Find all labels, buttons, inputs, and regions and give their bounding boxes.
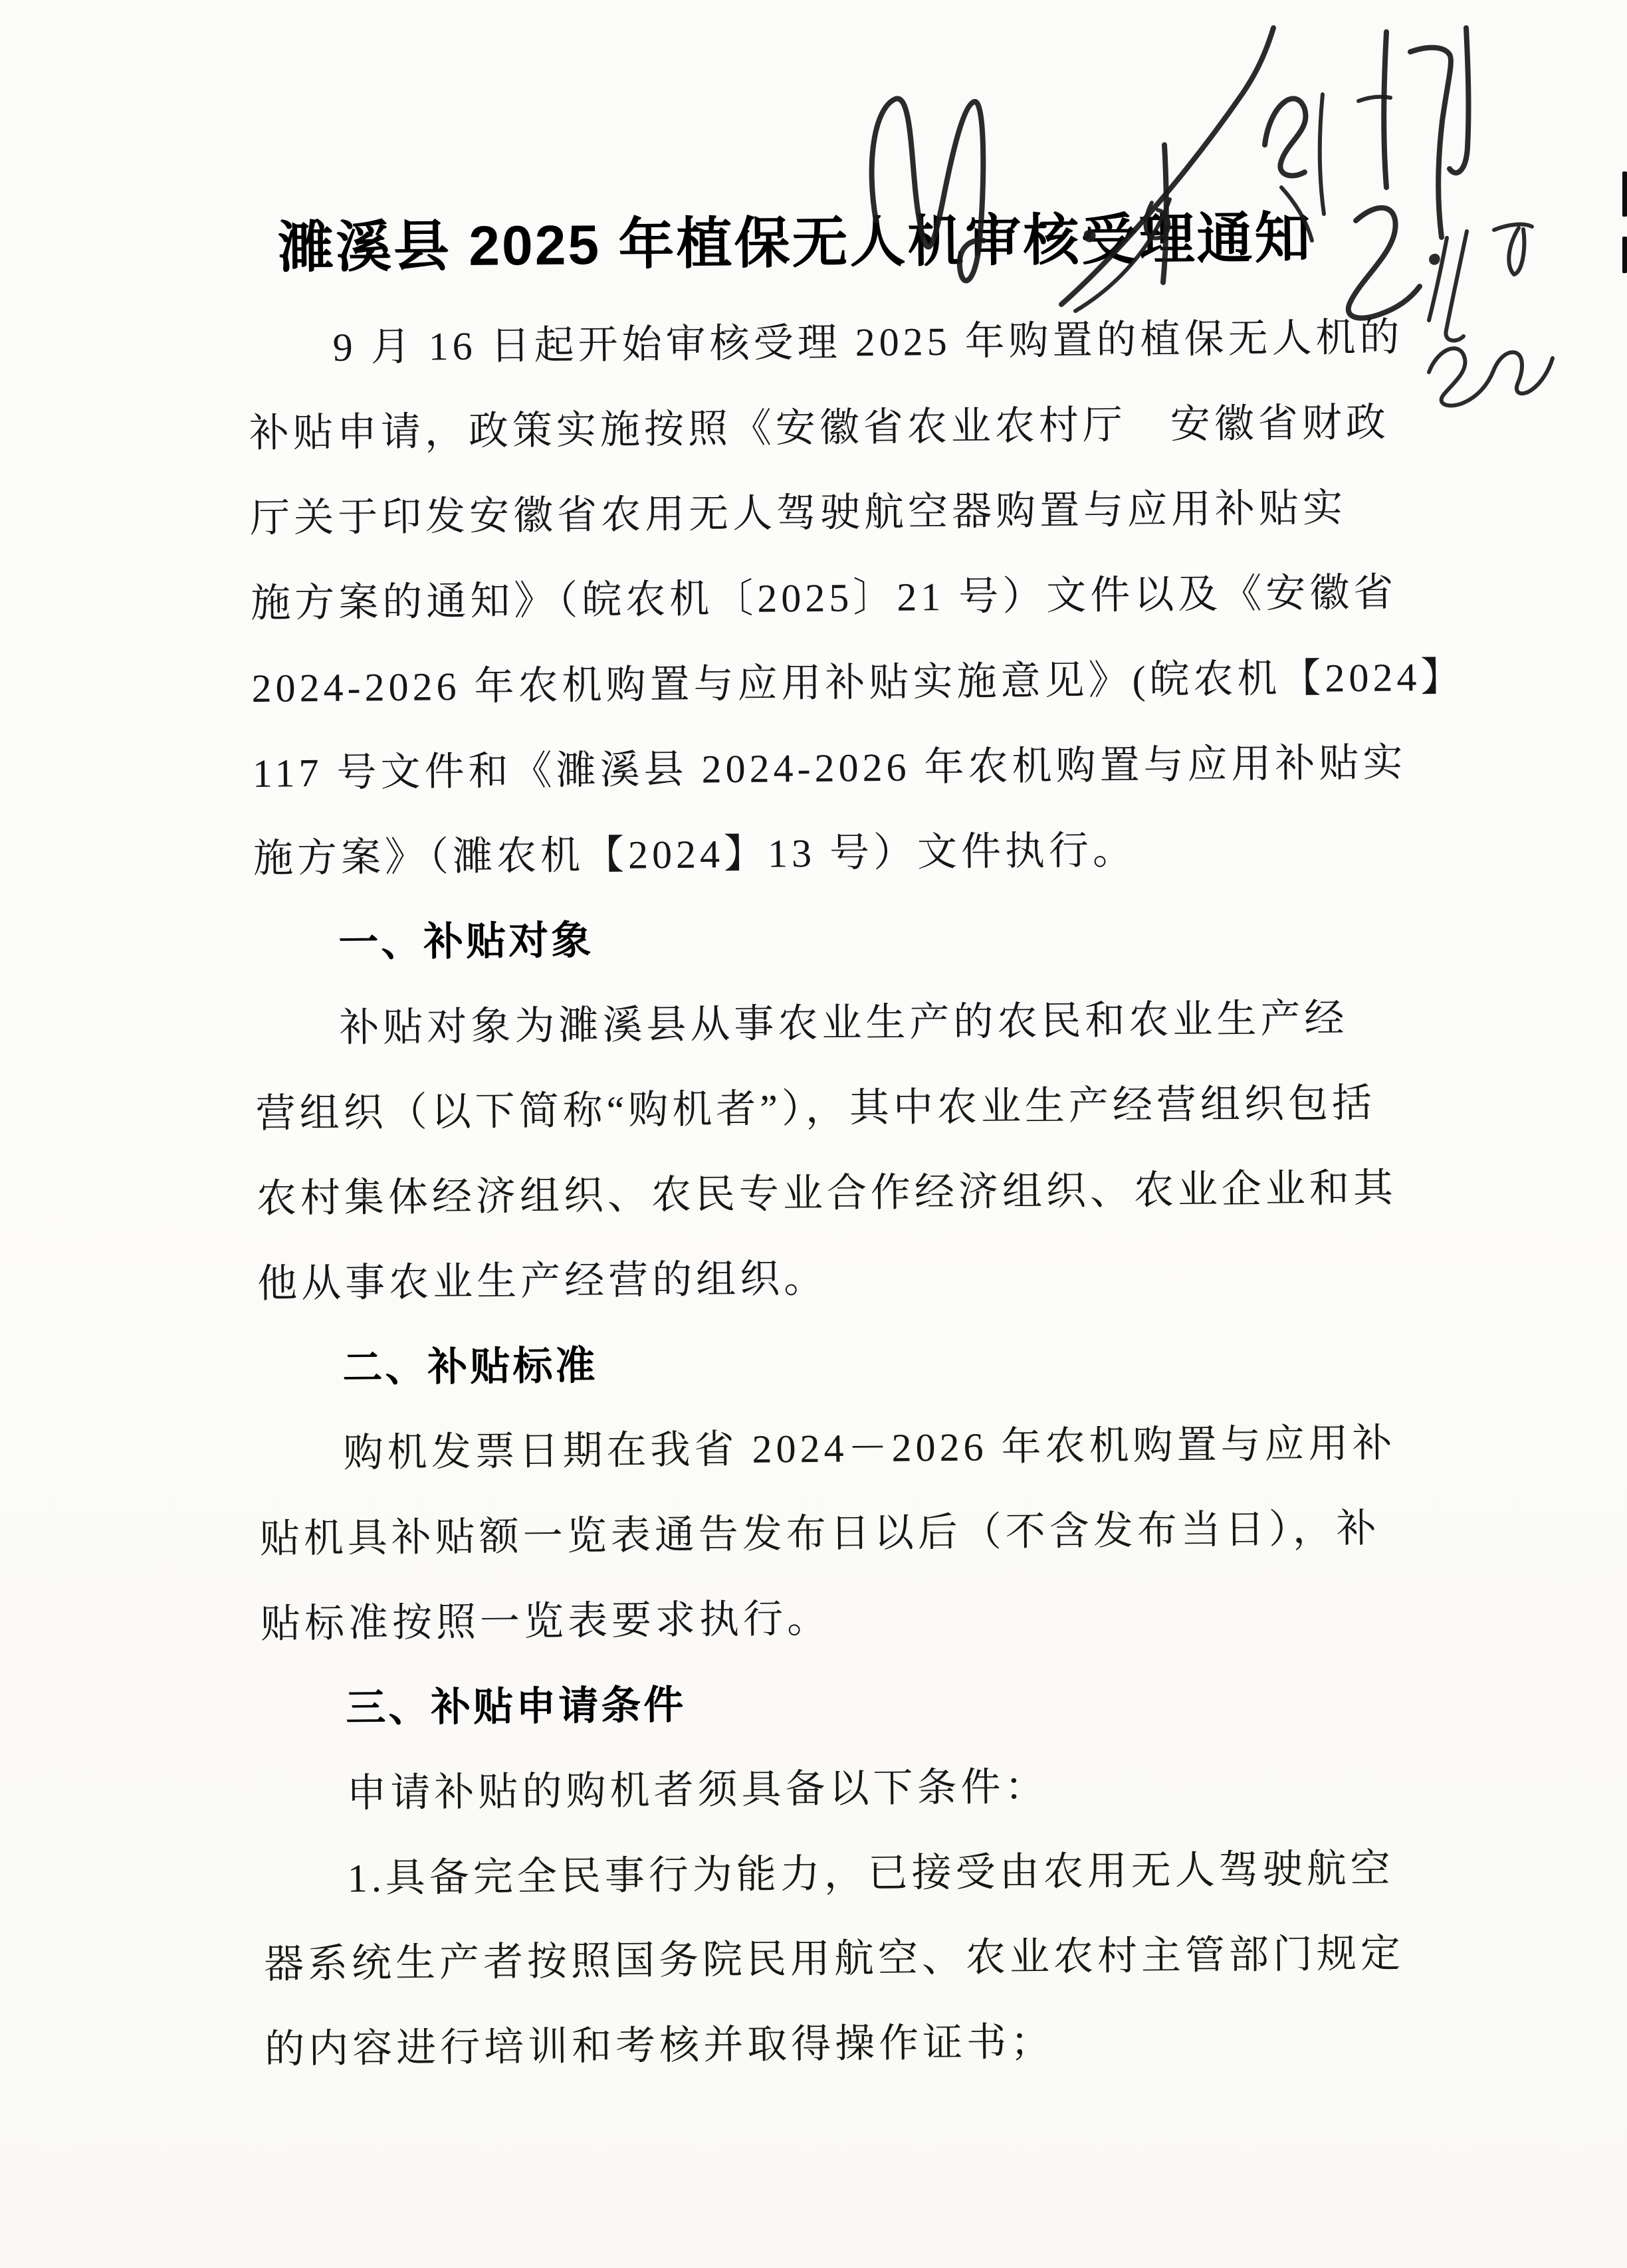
document-line-8: 一、补贴对象 bbox=[254, 890, 1384, 986]
document-line-1: 9 月 16 日起开始审核受理 2025 年购置的植保无人机的 bbox=[248, 295, 1378, 391]
document-line-21: 的内容进行培训和考核并取得操作证书； bbox=[265, 1996, 1395, 2092]
document-line-13: 二、补贴标准 bbox=[258, 1316, 1388, 1411]
document-line-20: 器系统生产者按照国务院民用航空、农业农村主管部门规定 bbox=[263, 1911, 1394, 2007]
document-line-7: 施方案》（濉农机【2024】13 号）文件执行。 bbox=[253, 805, 1383, 901]
document-line-10: 营组织（以下简称“购机者”），其中农业生产经营组织包括 bbox=[255, 1061, 1386, 1156]
document-line-4: 施方案的通知》（皖农机〔2025〕21 号）文件以及《安徽省 bbox=[251, 550, 1381, 646]
document-line-9: 补贴对象为濉溪县从事农业生产的农民和农业生产经 bbox=[255, 976, 1385, 1071]
document-content: 濉溪县 2025 年植保无人机审核受理通知 9 月 16 日起开始审核受理 20… bbox=[0, 0, 1616, 8]
document-page: 濉溪县 2025 年植保无人机审核受理通知 9 月 16 日起开始审核受理 20… bbox=[0, 0, 1627, 2268]
document-line-16: 贴标准按照一览表要求执行。 bbox=[260, 1571, 1390, 1667]
document-line-6: 117 号文件和《濉溪县 2024-2026 年农机购置与应用补贴实 bbox=[252, 720, 1382, 816]
document-line-15: 贴机具补贴额一览表通告发布日以后（不含发布当日），补 bbox=[259, 1486, 1390, 1582]
scan-artifact bbox=[1622, 171, 1627, 217]
scan-artifact bbox=[1622, 237, 1627, 273]
document-line-5: 2024-2026 年农机购置与应用补贴实施意见》(皖农机【2024】 bbox=[251, 635, 1382, 731]
document-line-17: 三、补贴申请条件 bbox=[261, 1656, 1392, 1752]
document-line-11: 农村集体经济组织、农民专业合作经济组织、农业企业和其 bbox=[256, 1146, 1386, 1241]
document-line-12: 他从事农业生产经营的组织。 bbox=[257, 1231, 1388, 1326]
document-title: 濉溪县 2025 年植保无人机审核受理通知 bbox=[0, 191, 1599, 286]
document-line-18: 申请补贴的购机者须具备以下条件： bbox=[262, 1741, 1392, 1837]
document-line-2: 补贴申请，政策实施按照《安徽省农业农村厅 安徽省财政 bbox=[249, 380, 1379, 476]
document-line-3: 厅关于印发安徽省农用无人驾驶航空器购置与应用补贴实 bbox=[250, 465, 1380, 561]
document-line-14: 购机发票日期在我省 2024－2026 年农机购置与应用补 bbox=[259, 1401, 1389, 1496]
document-body: 9 月 16 日起开始审核受理 2025 年购置的植保无人机的补贴申请，政策实施… bbox=[248, 295, 1395, 2092]
document-line-19: 1.具备完全民事行为能力，已接受由农用无人驾驶航空 bbox=[263, 1826, 1393, 1922]
